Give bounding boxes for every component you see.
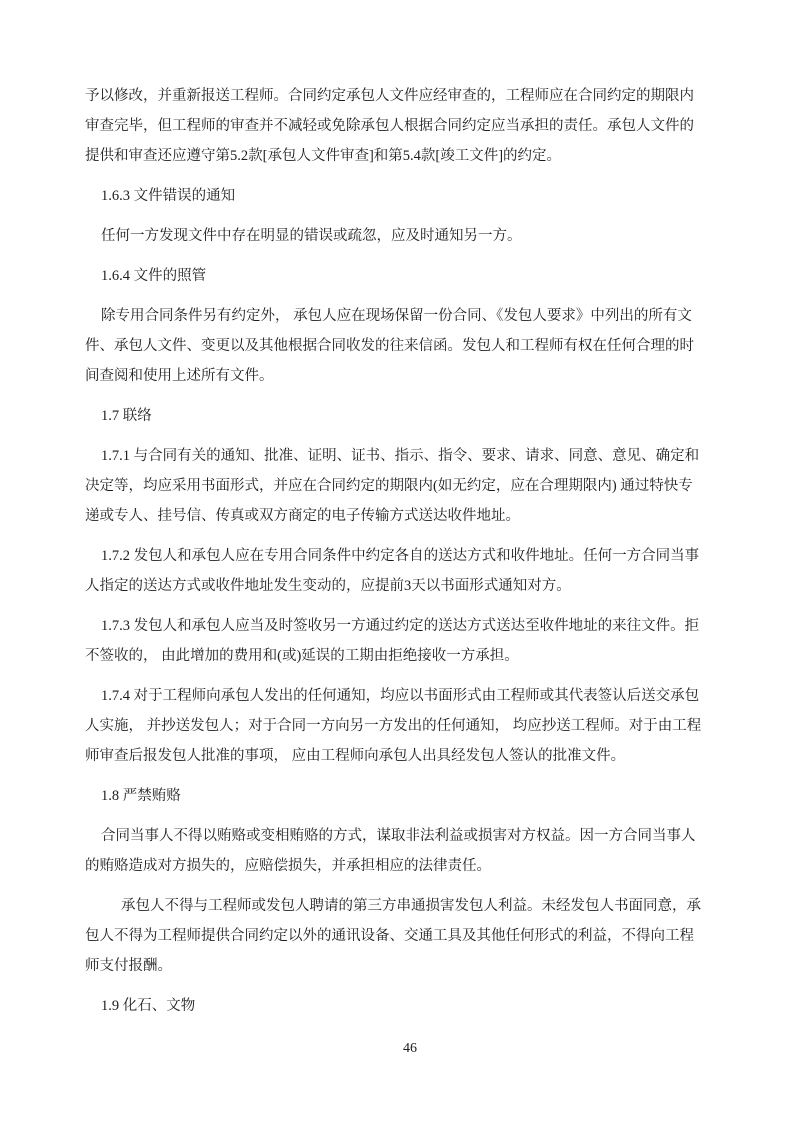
paragraph-1-7-2: 1.7.2 发包人和承包人应在专用合同条件中约定各自的送达方式和收件地址。任何一… [85,541,707,601]
paragraph-1-6-4: 除专用合同条件另有约定外， 承包人应在现场保留一份合同、《发包人要求》中列出的所… [85,301,707,391]
heading-1-9: 1.9 化石、文物 [85,991,707,1021]
heading-1-7: 1.7 联络 [85,401,707,431]
page-number: 46 [403,1040,417,1058]
paragraph-1-7-4: 1.7.4 对于工程师向承包人发出的任何通知，均应以书面形式由工程师或其代表签认… [85,681,707,771]
paragraph-1-7-3: 1.7.3 发包人和承包人应当及时签收另一方通过约定的送达方式送达至收件地址的来… [85,611,707,671]
heading-1-8: 1.8 严禁贿赂 [85,781,707,811]
heading-1-6-3: 1.6.3 文件错误的通知 [85,181,707,211]
document-page: 予以修改，并重新报送工程师。合同约定承包人文件应经审查的，工程师应在合同约定的期… [0,0,793,1122]
paragraph-continued-1-6-2: 予以修改，并重新报送工程师。合同约定承包人文件应经审查的，工程师应在合同约定的期… [85,81,707,171]
paragraph-1-8-1: 合同当事人不得以贿赂或变相贿赂的方式，谋取非法利益或损害对方权益。因一方合同当事… [85,821,707,881]
heading-1-6-4: 1.6.4 文件的照管 [85,261,707,291]
paragraph-1-8-2: 承包人不得与工程师或发包人聘请的第三方串通损害发包人利益。未经发包人书面同意，承… [85,891,707,981]
document-body: 予以修改，并重新报送工程师。合同约定承包人文件应经审查的，工程师应在合同约定的期… [85,81,707,1031]
paragraph-1-6-3: 任何一方发现文件中存在明显的错误或疏忽，应及时通知另一方。 [85,221,707,251]
paragraph-1-7-1: 1.7.1 与合同有关的通知、批准、证明、证书、指示、指令、要求、请求、同意、意… [85,441,707,531]
